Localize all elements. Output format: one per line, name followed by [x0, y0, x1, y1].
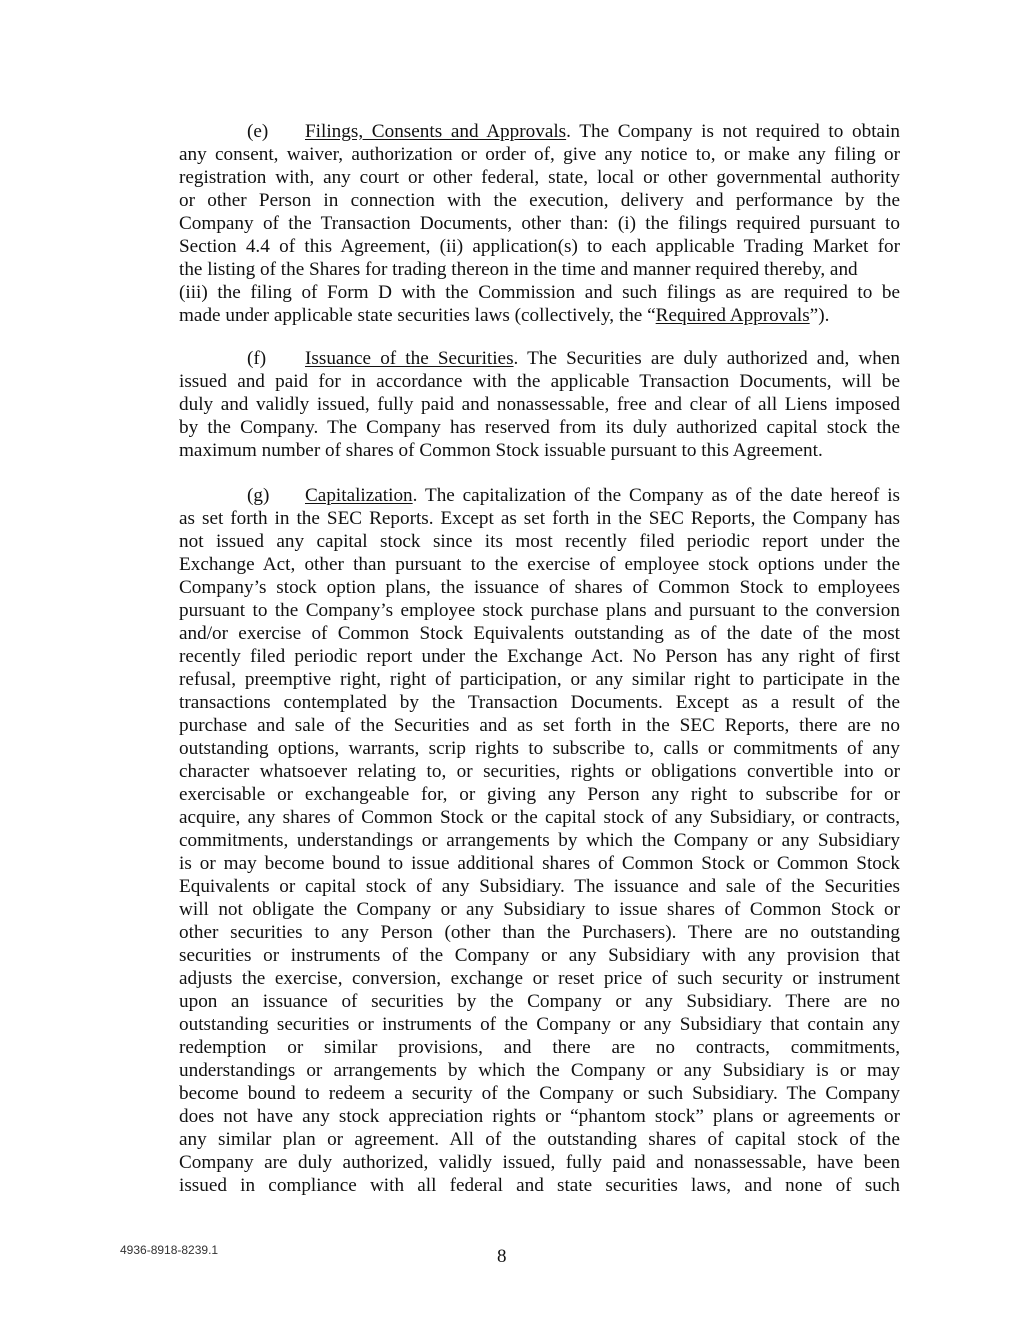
text-line: adjusts the exercise, conversion, exchan… — [179, 967, 900, 990]
text-line: any consent, waiver, authorization or or… — [179, 143, 900, 166]
section-label: (g) — [247, 484, 305, 507]
text-line: issued in compliance with all federal an… — [179, 1174, 900, 1197]
text-line: The Company is not required to obtain — [579, 121, 900, 142]
section-g-capitalization: (g)Capitalization. The capitalization of… — [179, 484, 900, 1197]
text-line: will not obligate the Company or any Sub… — [179, 898, 900, 921]
section-e-last-line: made under applicable state securities l… — [179, 304, 900, 327]
text-line: refusal, preemptive right, right of part… — [179, 668, 900, 691]
text-line: The capitalization of the Company as of … — [425, 485, 900, 506]
text-line: outstanding securities or instruments of… — [179, 1013, 900, 1036]
text-fragment: ”). — [810, 305, 830, 326]
text-line: outstanding options, warrants, scrip rig… — [179, 737, 900, 760]
text-fragment: made under applicable state securities l… — [179, 305, 656, 326]
text-line: Company’s stock option plans, the issuan… — [179, 576, 900, 599]
text-line: (iii) the filing of Form D with the Comm… — [179, 281, 900, 304]
section-f-issuance-of-securities: (f)Issuance of the Securities. The Secur… — [179, 347, 900, 462]
text-line: maximum number of shares of Common Stock… — [179, 439, 900, 462]
text-line: exercisable or exchangeable for, or givi… — [179, 783, 900, 806]
text-line: and/or exercise of Common Stock Equivale… — [179, 622, 900, 645]
text-line: as set forth in the SEC Reports. Except … — [179, 507, 900, 530]
text-line: Section 4.4 of this Agreement, (ii) appl… — [179, 235, 900, 258]
text-line: purchase and sale of the Securities and … — [179, 714, 900, 737]
heading-period: . — [514, 348, 528, 369]
text-line: does not have any stock appreciation rig… — [179, 1105, 900, 1128]
section-heading: Filings, Consents and Approvals — [305, 121, 566, 142]
text-line: is or may become bound to issue addition… — [179, 852, 900, 875]
text-line: understandings or arrangements by which … — [179, 1059, 900, 1082]
section-label: (f) — [247, 347, 305, 370]
text-line: any similar plan or agreement. All of th… — [179, 1128, 900, 1151]
text-line: pursuant to the Company’s employee stock… — [179, 599, 900, 622]
section-g-first-line: (g)Capitalization. The capitalization of… — [179, 484, 900, 507]
text-line: other securities to any Person (other th… — [179, 921, 900, 944]
text-line: by the Company. The Company has reserved… — [179, 416, 900, 439]
text-line: The Securities are duly authorized and, … — [527, 348, 900, 369]
defined-term-required-approvals: Required Approvals — [656, 305, 810, 326]
text-line: duly and validly issued, fully paid and … — [179, 393, 900, 416]
text-line: not issued any capital stock since its m… — [179, 530, 900, 553]
text-line: upon an issuance of securities by the Co… — [179, 990, 900, 1013]
footer-page-number: 8 — [497, 1246, 507, 1268]
text-line: recently filed periodic report under the… — [179, 645, 900, 668]
text-line: Equivalents or capital stock of any Subs… — [179, 875, 900, 898]
text-line: redemption or similar provisions, and th… — [179, 1036, 900, 1059]
text-line: Company are duly authorized, validly iss… — [179, 1151, 900, 1174]
text-line: commitments, understandings or arrangeme… — [179, 829, 900, 852]
text-line: transactions contemplated by the Transac… — [179, 691, 900, 714]
text-line: or other Person in connection with the e… — [179, 189, 900, 212]
section-f-first-line: (f)Issuance of the Securities. The Secur… — [179, 347, 900, 370]
text-line: Exchange Act, other than pursuant to the… — [179, 553, 900, 576]
section-heading: Issuance of the Securities — [305, 348, 514, 369]
heading-period: . — [413, 485, 425, 506]
footer-document-id: 4936-8918-8239.1 — [120, 1243, 218, 1257]
text-line: become bound to redeem a security of the… — [179, 1082, 900, 1105]
heading-period: . — [566, 121, 579, 142]
text-line: character whatsoever relating to, or sec… — [179, 760, 900, 783]
text-line: Company of the Transaction Documents, ot… — [179, 212, 900, 235]
text-line: acquire, any shares of Common Stock or t… — [179, 806, 900, 829]
document-page: (e)Filings, Consents and Approvals. The … — [0, 0, 1020, 1320]
section-label: (e) — [247, 120, 305, 143]
section-e-filings-consents-approvals: (e)Filings, Consents and Approvals. The … — [179, 120, 900, 327]
text-line: the listing of the Shares for trading th… — [179, 258, 900, 281]
section-heading: Capitalization — [305, 485, 413, 506]
text-line: issued and paid for in accordance with t… — [179, 370, 900, 393]
section-e-first-line: (e)Filings, Consents and Approvals. The … — [179, 120, 900, 143]
text-line: registration with, any court or other fe… — [179, 166, 900, 189]
text-line: securities or instruments of the Company… — [179, 944, 900, 967]
